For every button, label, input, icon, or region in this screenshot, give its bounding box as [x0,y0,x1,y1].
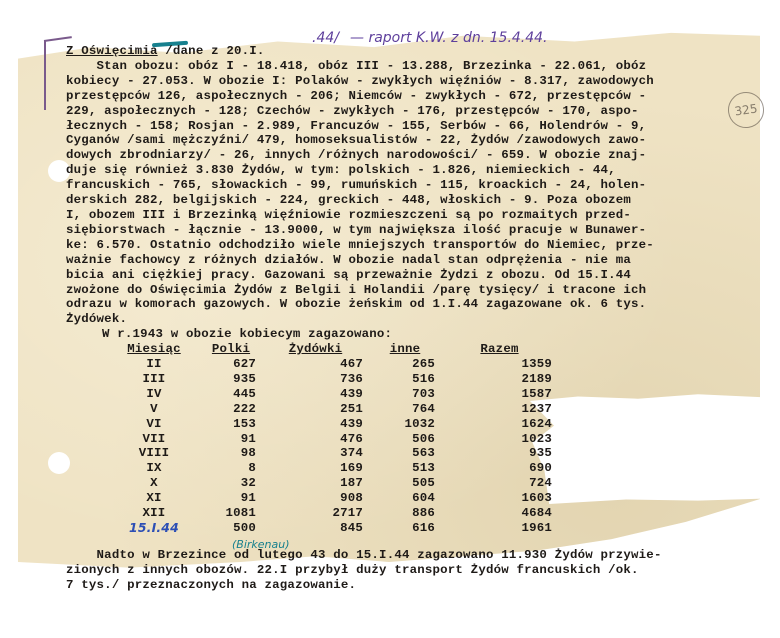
paragraph-line: Cyganów /sami mężczyźni/ 479, homoseksua… [66,133,766,148]
gassing-statistics-table: MiesiącPolkiŻydówkiinneRazem II627467265… [114,342,564,536]
value-cell: 1032 [375,417,447,432]
column-header: inne [375,342,447,357]
value-cell: 98 [206,446,268,461]
table-row: II6274672651359 [114,357,564,372]
value-cell: 506 [375,432,447,447]
value-cell: 616 [375,521,447,536]
value-cell: 1359 [447,357,564,372]
paragraph-line: I, obozem III i Brzezinką więźniowie roz… [66,208,766,223]
value-cell: 251 [268,402,375,417]
paragraph-line: przestępców 126, aspołecznych - 206; Nie… [66,89,766,104]
paragraph-line: ważnie fachowcy z różnych działów. W obo… [66,253,766,268]
value-cell: 32 [206,476,268,491]
closing-line: Nadto w Brzezince od lutego 43 do 15.I.4… [66,548,766,563]
value-cell: 476 [268,432,375,447]
value-cell: 703 [375,387,447,402]
value-cell: 505 [375,476,447,491]
value-cell: 439 [268,387,375,402]
month-cell: XI [114,491,206,506]
table-header-row: MiesiącPolkiŻydówkiinneRazem [114,342,564,357]
month-cell: XII [114,506,206,521]
month-cell: III [114,372,206,387]
value-cell: 845 [268,521,375,536]
column-header: Żydówki [268,342,375,357]
paragraph-line: derskich 282, belgijskich - 224, greckic… [66,193,766,208]
month-cell: IX [114,461,206,476]
value-cell: 500 [206,521,268,536]
camp-report-paragraph: Stan obozu: obóz I - 18.418, obóz III - … [66,59,766,327]
value-cell: 1961 [447,521,564,536]
value-cell: 8 [206,461,268,476]
table-caption: W r.1943 w obozie kobiecym zagazowano: [102,327,766,342]
value-cell: 467 [268,357,375,372]
column-header: Polki [206,342,268,357]
margin-mark [44,40,46,110]
document-title: Z Oświęcimia [66,44,158,58]
table-row: III9357365162189 [114,372,564,387]
closing-line: zionych z innych obozów. 22.I przybył du… [66,563,766,578]
value-cell: 1587 [447,387,564,402]
value-cell: 604 [375,491,447,506]
value-cell: 1624 [447,417,564,432]
table-row: XI919086041603 [114,491,564,506]
paragraph-line: kobiecy - 27.053. W obozie I: Polaków - … [66,74,766,89]
paragraph-line: bicia ani ciężkiej pracy. Gazowani są pr… [66,268,766,283]
value-cell: 1081 [206,506,268,521]
value-cell: 169 [268,461,375,476]
paragraph-line: francuskich - 765, słowackich - 99, rumu… [66,178,766,193]
value-cell: 908 [268,491,375,506]
value-cell: 439 [268,417,375,432]
column-header: Miesiąc [114,342,206,357]
table-row: VIII98374563935 [114,446,564,461]
value-cell: 187 [268,476,375,491]
month-cell: II [114,357,206,372]
value-cell: 153 [206,417,268,432]
value-cell: 1023 [447,432,564,447]
value-cell: 265 [375,357,447,372]
closing-line: 7 tys./ przeznaczonych na zagazowanie. [66,578,766,593]
value-cell: 2189 [447,372,564,387]
month-cell: VII [114,432,206,447]
paragraph-line: Stan obozu: obóz I - 18.418, obóz III - … [66,59,766,74]
value-cell: 935 [447,446,564,461]
value-cell: 1237 [447,402,564,417]
document-heading: Z Oświęcimia /dane z 20.I. [66,44,766,59]
month-cell: 15.I.44 [114,521,206,536]
table-row: VI15343910321624 [114,417,564,432]
column-header: Razem [447,342,564,357]
value-cell: 886 [375,506,447,521]
value-cell: 222 [206,402,268,417]
table-row: IV4454397031587 [114,387,564,402]
value-cell: 2717 [268,506,375,521]
handwritten-birkenau-note: (Birkenau) [232,538,290,551]
value-cell: 1603 [447,491,564,506]
paragraph-line: zwożone do Oświęcimia Żydów z Belgii i H… [66,283,766,298]
table-row: XII108127178864684 [114,506,564,521]
month-cell: VIII [114,446,206,461]
typewritten-document: Z Oświęcimia /dane z 20.I. Stan obozu: o… [66,44,766,593]
value-cell: 91 [206,491,268,506]
value-cell: 764 [375,402,447,417]
value-cell: 374 [268,446,375,461]
value-cell: 445 [206,387,268,402]
table-row: X32187505724 [114,476,564,491]
margin-mark [44,36,72,42]
paragraph-line: duje się również 3.830 Żydów, w tym: pol… [66,163,766,178]
paragraph-line: 229, aspołecznych - 128; Czechów - zwykł… [66,104,766,119]
value-cell: 724 [447,476,564,491]
value-cell: 690 [447,461,564,476]
paragraph-line: łecznych - 158; Rosjan - 2.989, Francuzó… [66,119,766,134]
table-body: II6274672651359III9357365162189IV4454397… [114,357,564,536]
paragraph-line: odrazu w komorach gazowych. W obozie żeń… [66,297,766,312]
value-cell: 627 [206,357,268,372]
table-row: V2222517641237 [114,402,564,417]
value-cell: 513 [375,461,447,476]
value-cell: 4684 [447,506,564,521]
closing-paragraph: Nadto w Brzezince od lutego 43 do 15.I.4… [66,548,766,593]
value-cell: 563 [375,446,447,461]
document-title-suffix: /dane z 20.I. [158,44,265,58]
month-cell: VI [114,417,206,432]
value-cell: 736 [268,372,375,387]
paragraph-line: Żydówek. [66,312,766,327]
month-cell: IV [114,387,206,402]
value-cell: 516 [375,372,447,387]
table-row: VII914765061023 [114,432,564,447]
paragraph-line: dowych zbrodniarzy/ - 26, innych /różnyc… [66,148,766,163]
table-row: IX8169513690 [114,461,564,476]
table-row: 15.I.445008456161961 [114,521,564,536]
paragraph-line: ke: 6.570. Ostatnio odchodziło wiele mni… [66,238,766,253]
month-cell: X [114,476,206,491]
value-cell: 935 [206,372,268,387]
month-cell: V [114,402,206,417]
paragraph-line: siębiorstwach - łącznie - 13.9000, w tym… [66,223,766,238]
value-cell: 91 [206,432,268,447]
